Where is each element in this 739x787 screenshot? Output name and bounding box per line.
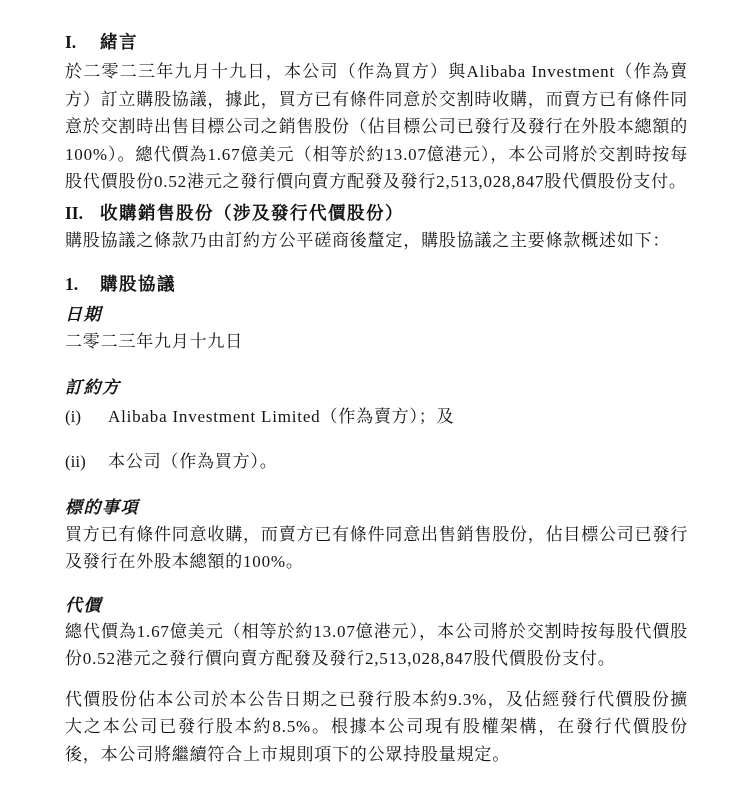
consideration-paragraph-2: 代價股份佔本公司於本公告日期之已發行股本約9.3%，及佔經發行代價股份擴大之本公… [65, 686, 688, 769]
party-text: Alibaba Investment Limited（作為賣方）；及 [108, 403, 688, 431]
section-heading-ii: II. 收購銷售股份（涉及發行代價股份） [65, 202, 688, 225]
subsection-share-purchase-agreement: 1. 購股協議 日期 二零二三年九月十九日 訂約方 (i) Alibaba In… [65, 273, 688, 768]
acquisition-paragraph: 購股協議之條款乃由訂約方公平磋商後釐定，購股協議之主要條款概述如下： [65, 227, 688, 255]
block-date: 日期 二零二三年九月十九日 [65, 303, 688, 356]
party-marker: (i) [65, 403, 108, 431]
block-heading-parties: 訂約方 [65, 376, 688, 399]
subsection-heading: 1. 購股協議 [65, 273, 688, 296]
subject-matter-paragraph: 買方已有條件同意收購，而賣方已有條件同意出售銷售股份，佔目標公司已發行及發行在外… [65, 521, 688, 576]
block-subject-matter: 標的事項 買方已有條件同意收購，而賣方已有條件同意出售銷售股份，佔目標公司已發行… [65, 496, 688, 576]
block-parties: 訂約方 (i) Alibaba Investment Limited（作為賣方）… [65, 376, 688, 476]
block-heading-consideration: 代價 [65, 594, 688, 617]
intro-paragraph: 於二零二三年九月十九日，本公司（作為買方）與Alibaba Investment… [65, 58, 688, 196]
section-introduction: I. 緒言 於二零二三年九月十九日，本公司（作為買方）與Alibaba Inve… [65, 31, 688, 196]
section-number: II. [65, 202, 100, 225]
block-consideration: 代價 總代價為1.67億美元（相等於約13.07億港元），本公司將於交割時按每股… [65, 594, 688, 769]
subsection-number: 1. [65, 273, 100, 296]
party-item-purchaser: (ii) 本公司（作為買方）。 [65, 448, 688, 476]
section-number: I. [65, 31, 100, 54]
party-marker: (ii) [65, 448, 108, 476]
party-item-seller: (i) Alibaba Investment Limited（作為賣方）；及 [65, 403, 688, 431]
block-heading-subject-matter: 標的事項 [65, 496, 688, 519]
consideration-paragraph-1: 總代價為1.67億美元（相等於約13.07億港元），本公司將於交割時按每股代價股… [65, 618, 688, 673]
section-title: 收購銷售股份（涉及發行代價股份） [100, 202, 688, 225]
date-value: 二零二三年九月十九日 [65, 328, 688, 356]
subsection-title: 購股協議 [100, 273, 688, 296]
section-heading-i: I. 緒言 [65, 31, 688, 54]
block-heading-date: 日期 [65, 303, 688, 326]
party-text: 本公司（作為買方）。 [108, 448, 688, 476]
document-page: I. 緒言 於二零二三年九月十九日，本公司（作為買方）與Alibaba Inve… [0, 0, 739, 787]
section-title: 緒言 [100, 31, 688, 54]
section-acquisition: II. 收購銷售股份（涉及發行代價股份） 購股協議之條款乃由訂約方公平磋商後釐定… [65, 202, 688, 255]
